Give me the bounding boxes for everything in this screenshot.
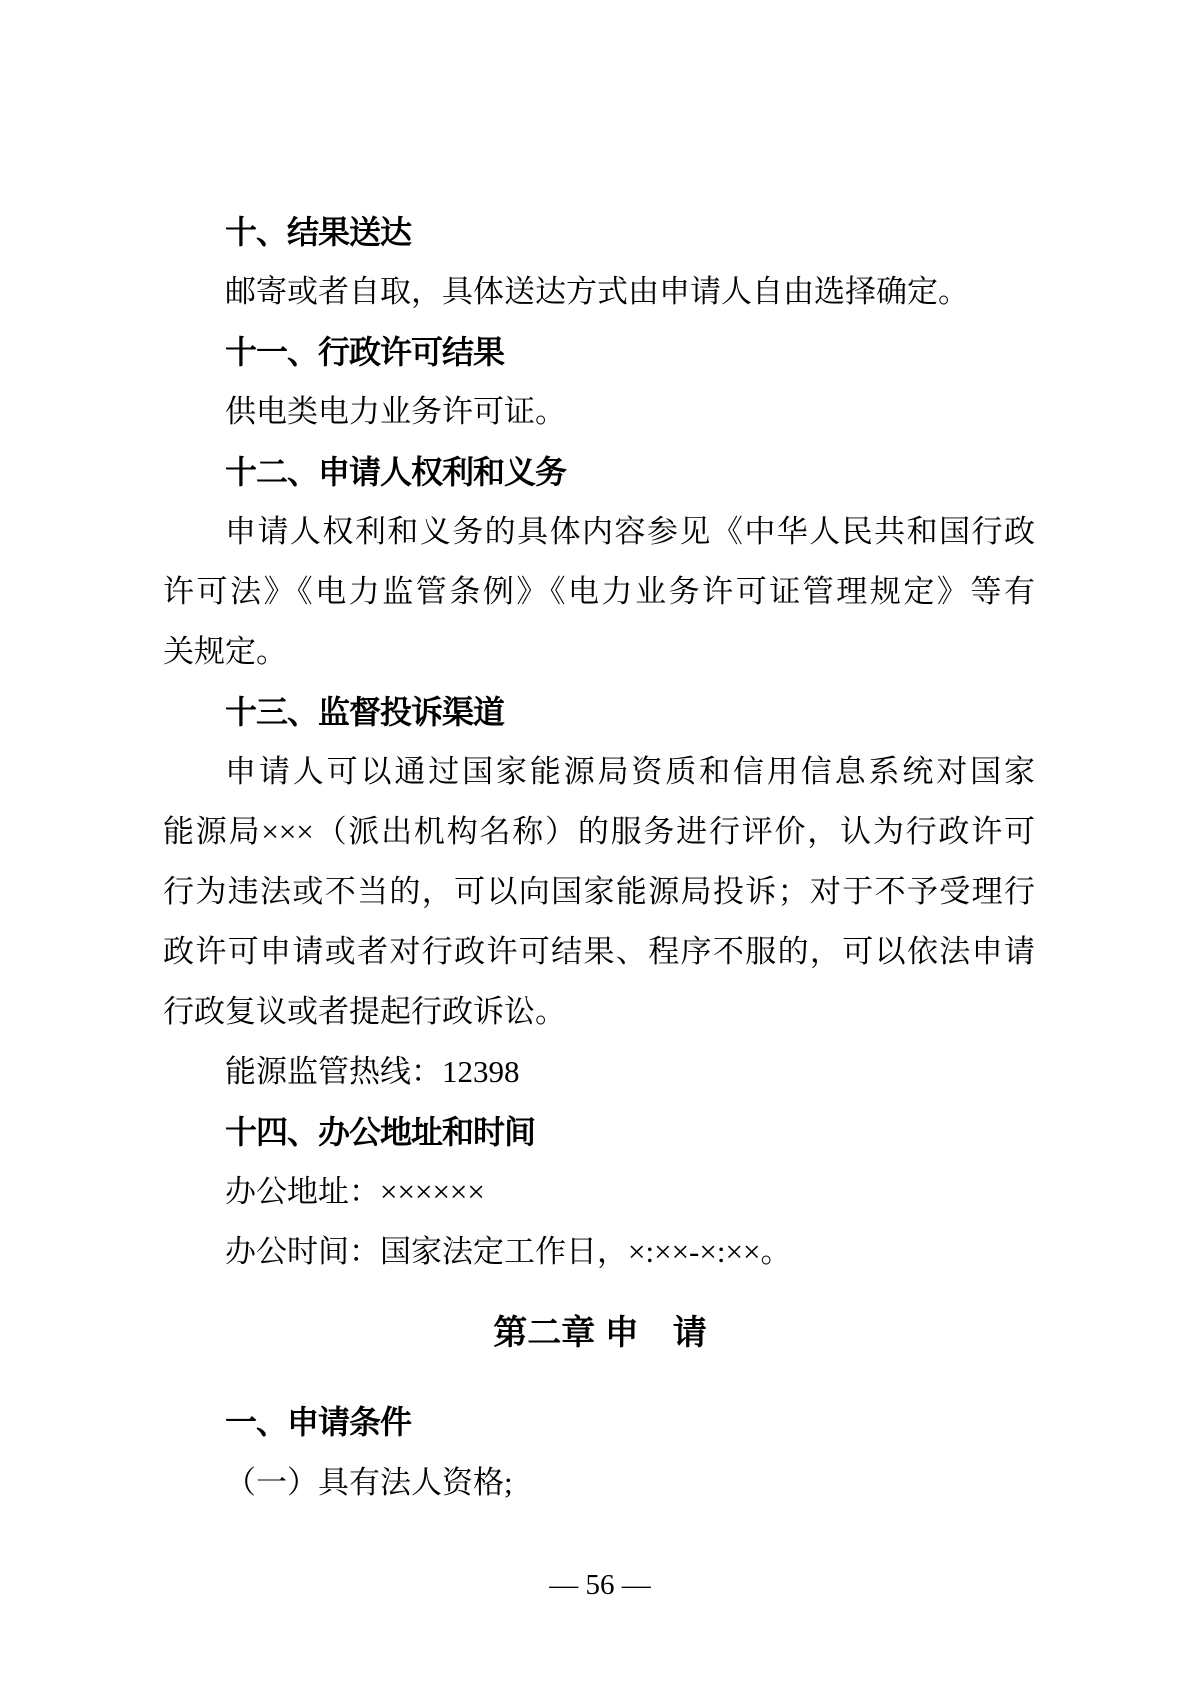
paragraph-line: 行政复议或者提起行政诉讼。 bbox=[163, 992, 1035, 1032]
office-hours-line: 办公时间：国家法定工作日，×:××-×:××。 bbox=[163, 1232, 1035, 1272]
paragraph-line: 申请人可以通过国家能源局资质和信用信息系统对国家 bbox=[163, 752, 1035, 792]
paragraph-line: 供电类电力业务许可证。 bbox=[163, 392, 1035, 432]
heading-supervision-complaint-channel: 十三、监督投诉渠道 bbox=[163, 692, 1035, 732]
heading-admin-license-result: 十一、行政许可结果 bbox=[163, 332, 1035, 372]
paragraph-line: 申请人权利和义务的具体内容参见《中华人民共和国行政 bbox=[163, 512, 1035, 552]
paragraph-line: 邮寄或者自取，具体送达方式由申请人自由选择确定。 bbox=[163, 272, 1035, 312]
heading-result-delivery: 十、结果送达 bbox=[163, 212, 1035, 252]
chapter-title: 第二章 申 请 bbox=[0, 1312, 1200, 1355]
paragraph-line: 能源局×××（派出机构名称）的服务进行评价，认为行政许可 bbox=[163, 812, 1035, 852]
paragraph-line: 许可法》《电力监管条例》《电力业务许可证管理规定》等有 bbox=[163, 572, 1035, 612]
page-number: — 56 — bbox=[0, 1568, 1200, 1603]
heading-application-conditions: 一、申请条件 bbox=[163, 1402, 1035, 1442]
paragraph-line: 关规定。 bbox=[163, 632, 1035, 672]
office-address-line: 办公地址：×××××× bbox=[163, 1172, 1035, 1212]
paragraph-line: 行为违法或不当的，可以向国家能源局投诉；对于不予受理行 bbox=[163, 872, 1035, 912]
application-condition-item: （一）具有法人资格; bbox=[163, 1463, 1035, 1503]
heading-applicant-rights-obligations: 十二、申请人权利和义务 bbox=[163, 452, 1035, 492]
hotline-line: 能源监管热线：12398 bbox=[163, 1052, 1035, 1092]
paragraph-line: 政许可申请或者对行政许可结果、程序不服的，可以依法申请 bbox=[163, 932, 1035, 972]
document-page: 十、结果送达 邮寄或者自取，具体送达方式由申请人自由选择确定。 十一、行政许可结… bbox=[0, 0, 1200, 1696]
heading-office-address-time: 十四、办公地址和时间 bbox=[163, 1112, 1035, 1152]
